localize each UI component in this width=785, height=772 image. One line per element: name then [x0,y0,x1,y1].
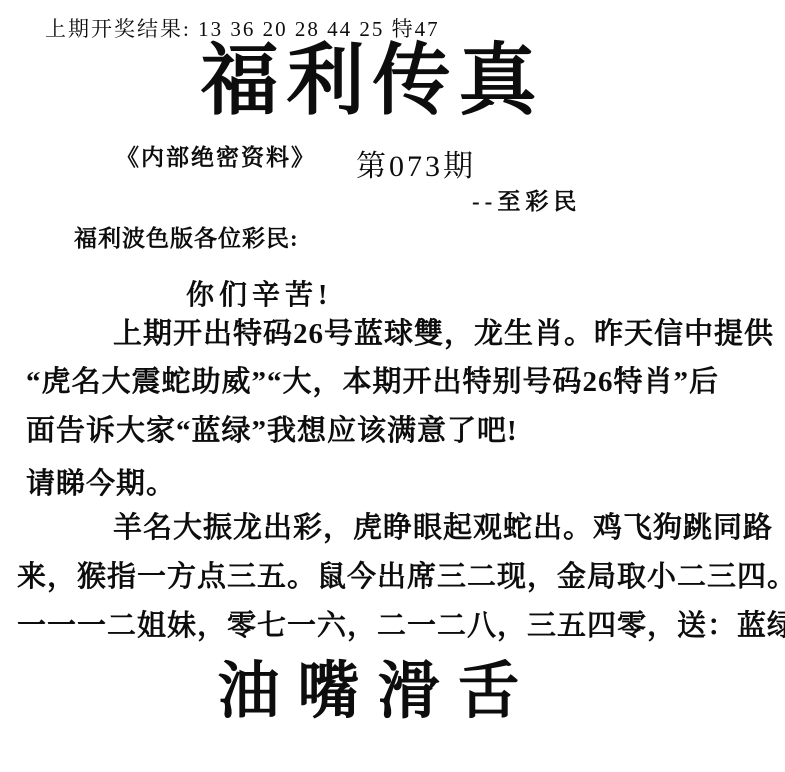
footer-slogan: 油嘴滑舌 [0,652,770,733]
salutation-line: 福利波色版各位彩民: [74,220,299,253]
page-title: 福利传真 [0,36,765,126]
body-line-7: 一一一二姐妹，零七一六，二一二八，三五四零，送：蓝绿 [17,603,785,644]
fax-sheet: 上期开奖结果: 13 36 20 28 44 25 特47 福利传真 《内部绝密… [0,0,785,772]
body-line-4: 请睇今期。 [26,461,176,502]
body-line-2: “虎名大震蛇助威”“大，本期开出特别号码26特肖”后 [26,359,719,400]
body-line-3: 面告诉大家“蓝绿”我想应该满意了吧! [26,408,518,449]
classified-label: 《内部绝密资料》 [116,139,316,172]
body-line-5: 羊名大振龙出彩，虎睁眼起观蛇出。鸡飞狗跳同路 [113,505,773,546]
greeting-line: 你们辛苦! [186,273,332,313]
body-line-1: 上期开出特码26号蓝球雙，龙生肖。昨天信中提供 [113,311,774,352]
body-line-6: 来，猴指一方点三五。鼠今出席三二现，金局取小二三四。 [17,554,785,595]
dedication-line: --至彩民 [472,183,581,216]
issue-number: 第073期 [356,141,476,185]
